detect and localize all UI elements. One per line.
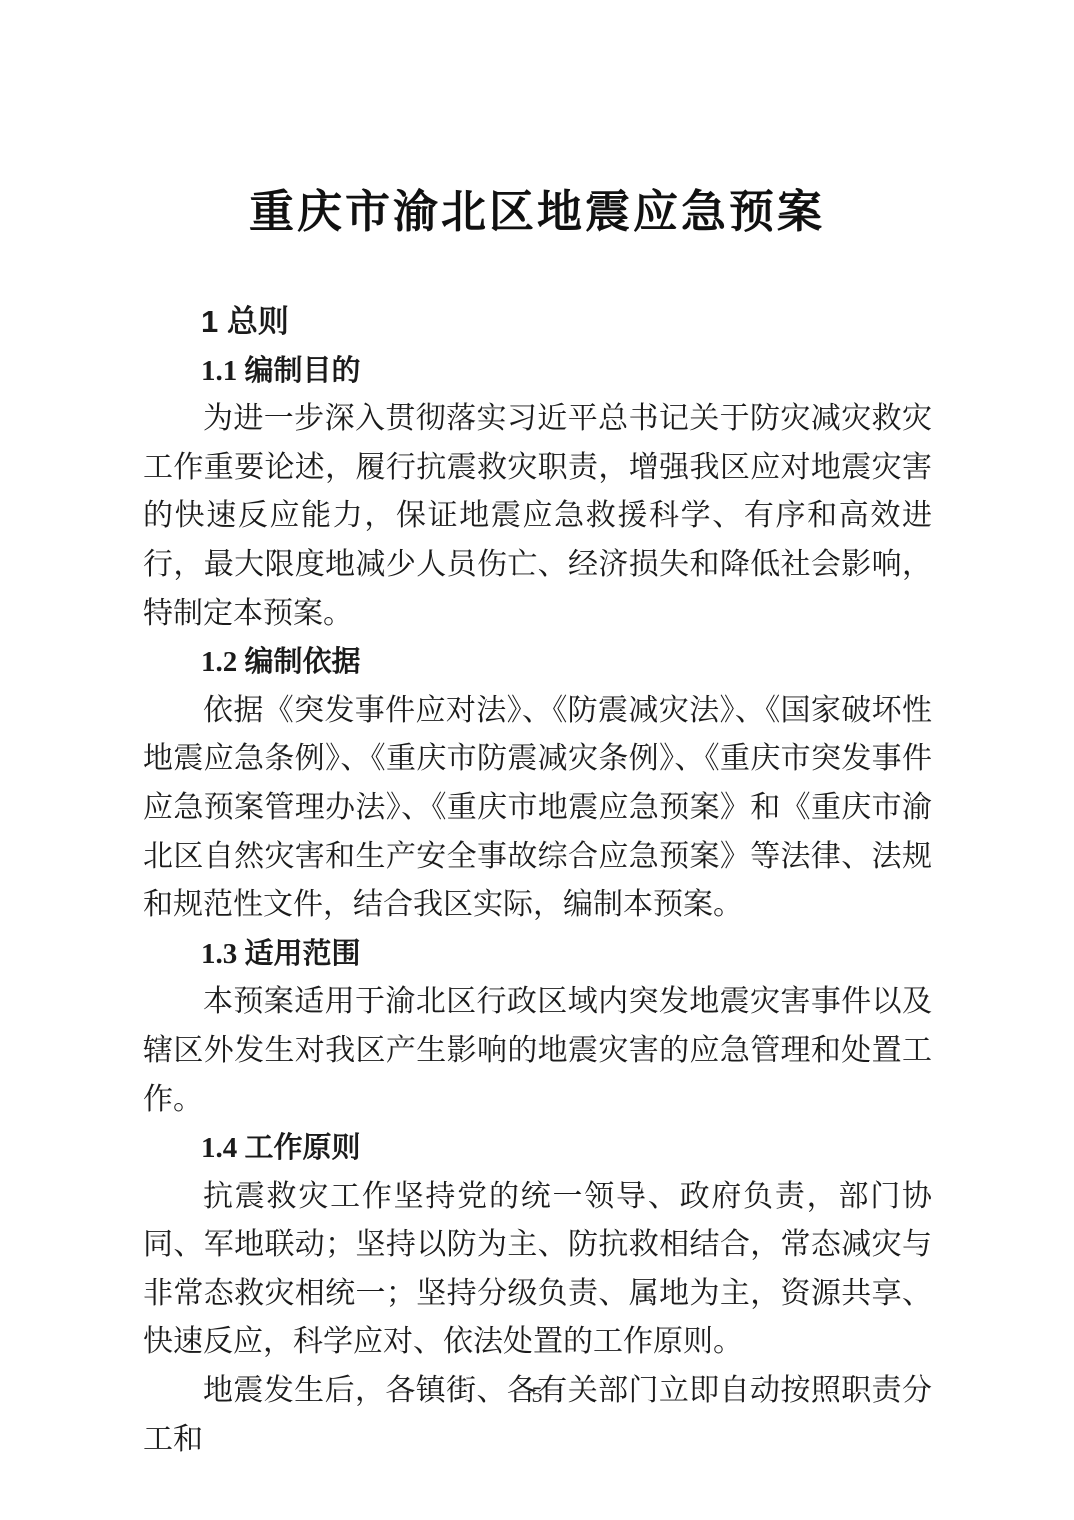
paragraph-principles: 抗震救灾工作坚持党的统一领导、政府负责，部门协同、军地联动；坚持以防为主、防抗救… — [143, 1173, 932, 1367]
document-page: 重庆市渝北区地震应急预案 1 总则 1.1 编制目的 为进一步深入贯彻落实习近平… — [0, 0, 1074, 1520]
subsection-heading-1-4: 1.4 工作原则 — [143, 1124, 932, 1173]
paragraph-purpose: 为进一步深入贯彻落实习近平总书记关于防灾减灾救灾工作重要论述，履行抗震救灾职责，… — [143, 395, 932, 638]
subsection-heading-1-2: 1.2 编制依据 — [143, 638, 932, 687]
paragraph-scope: 本预案适用于渝北区行政区域内突发地震灾害事件以及辖区外发生对我区产生影响的地震灾… — [143, 978, 932, 1124]
subsection-heading-1-3: 1.3 适用范围 — [143, 930, 932, 979]
page-number: 5 — [0, 1382, 1074, 1408]
document-title: 重庆市渝北区地震应急预案 — [120, 183, 954, 241]
section-heading-1: 1 总则 — [143, 298, 932, 347]
document-body: 1 总则 1.1 编制目的 为进一步深入贯彻落实习近平总书记关于防灾减灾救灾工作… — [143, 298, 932, 1464]
subsection-heading-1-1: 1.1 编制目的 — [143, 347, 932, 396]
paragraph-basis: 依据《突发事件应对法》、《防震减灾法》、《国家破坏性地震应急条例》、《重庆市防震… — [143, 687, 932, 930]
